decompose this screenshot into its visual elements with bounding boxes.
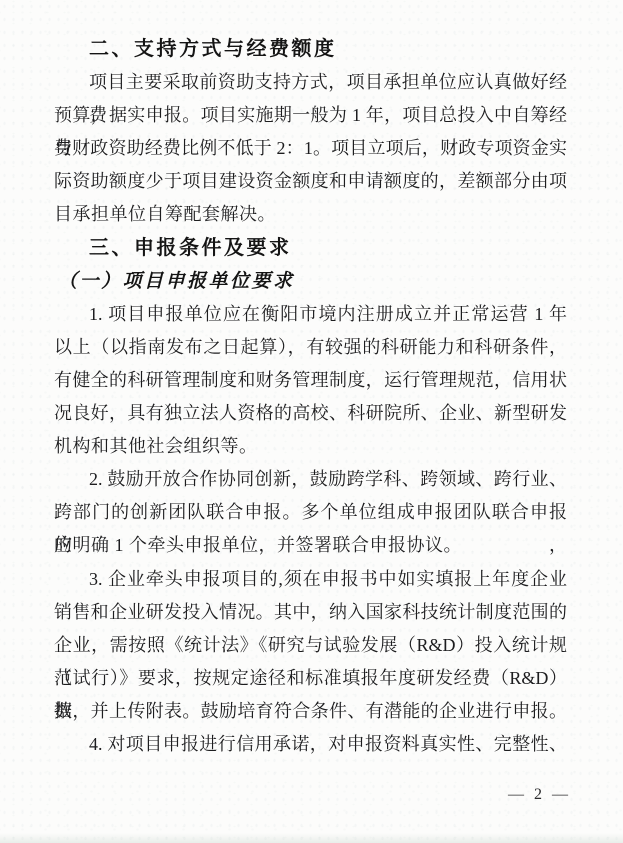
section-heading-support-method: 二、支持方式与经费额度 [54, 33, 567, 66]
document-text-column: 二、支持方式与经费额度 项目主要采取前资助支持方式，项目承担单位应认真做好经费 … [54, 33, 567, 761]
text-line: 2. 鼓励开放合作协同创新，鼓励跨学科、跨领域、跨行业、 [54, 463, 567, 496]
text-line: 3. 企业牵头申报项目的,须在申报书中如实填报上年度企业 [54, 563, 567, 596]
text-line: 机构和其他社会组织等。 [54, 430, 567, 463]
section-heading-application-requirements: 三、申报条件及要求 [54, 232, 567, 265]
text-line: 企业，需按照《统计法》《研究与试验发展（R&D）投入统计规范 [54, 629, 567, 662]
text-line: 据，并上传附表。鼓励培育符合条件、有潜能的企业进行申报。 [54, 695, 567, 728]
text-line: 有健全的科研管理制度和财务管理制度，运行管理规范，信用状 [54, 364, 567, 397]
text-line: 与财政资助经费比例不低于 2：1。项目立项后，财政专项资金实 [54, 132, 567, 165]
text-line: 以上（以指南发布之日起算），有较强的科研能力和科研条件， [54, 331, 567, 364]
text-line: （试行）》要求，按规定途径和标准填报年度研发经费（R&D）数 [54, 662, 567, 695]
text-line: 跨部门的创新团队联合申报。多个单位组成申报团队联合申报的， [54, 496, 567, 529]
text-line: 项目主要采取前资助支持方式，项目承担单位应认真做好经费 [54, 66, 567, 99]
text-line: 目承担单位自筹配套解决。 [54, 198, 567, 231]
text-line: 况良好，具有独立法人资格的高校、科研院所、企业、新型研发 [54, 397, 567, 430]
text-line: 预算，据实申报。项目实施期一般为 1 年，项目总投入中自筹经费 [54, 99, 567, 132]
text-line: 销售和企业研发投入情况。其中，纳入国家科技统计制度范围的 [54, 596, 567, 629]
subsection-heading-applicant-unit-requirements: （一）项目申报单位要求 [54, 265, 567, 298]
page-number: — 2 — [508, 786, 571, 804]
text-line: 1. 项目申报单位应在衡阳市境内注册成立并正常运营 1 年 [54, 298, 567, 331]
scanned-document-page: 二、支持方式与经费额度 项目主要采取前资助支持方式，项目承担单位应认真做好经费 … [0, 0, 623, 843]
text-line: 际资助额度少于项目建设资金额度和申请额度的，差额部分由项 [54, 165, 567, 198]
text-line: 4. 对项目申报进行信用承诺，对申报资料真实性、完整性、 [54, 728, 567, 761]
